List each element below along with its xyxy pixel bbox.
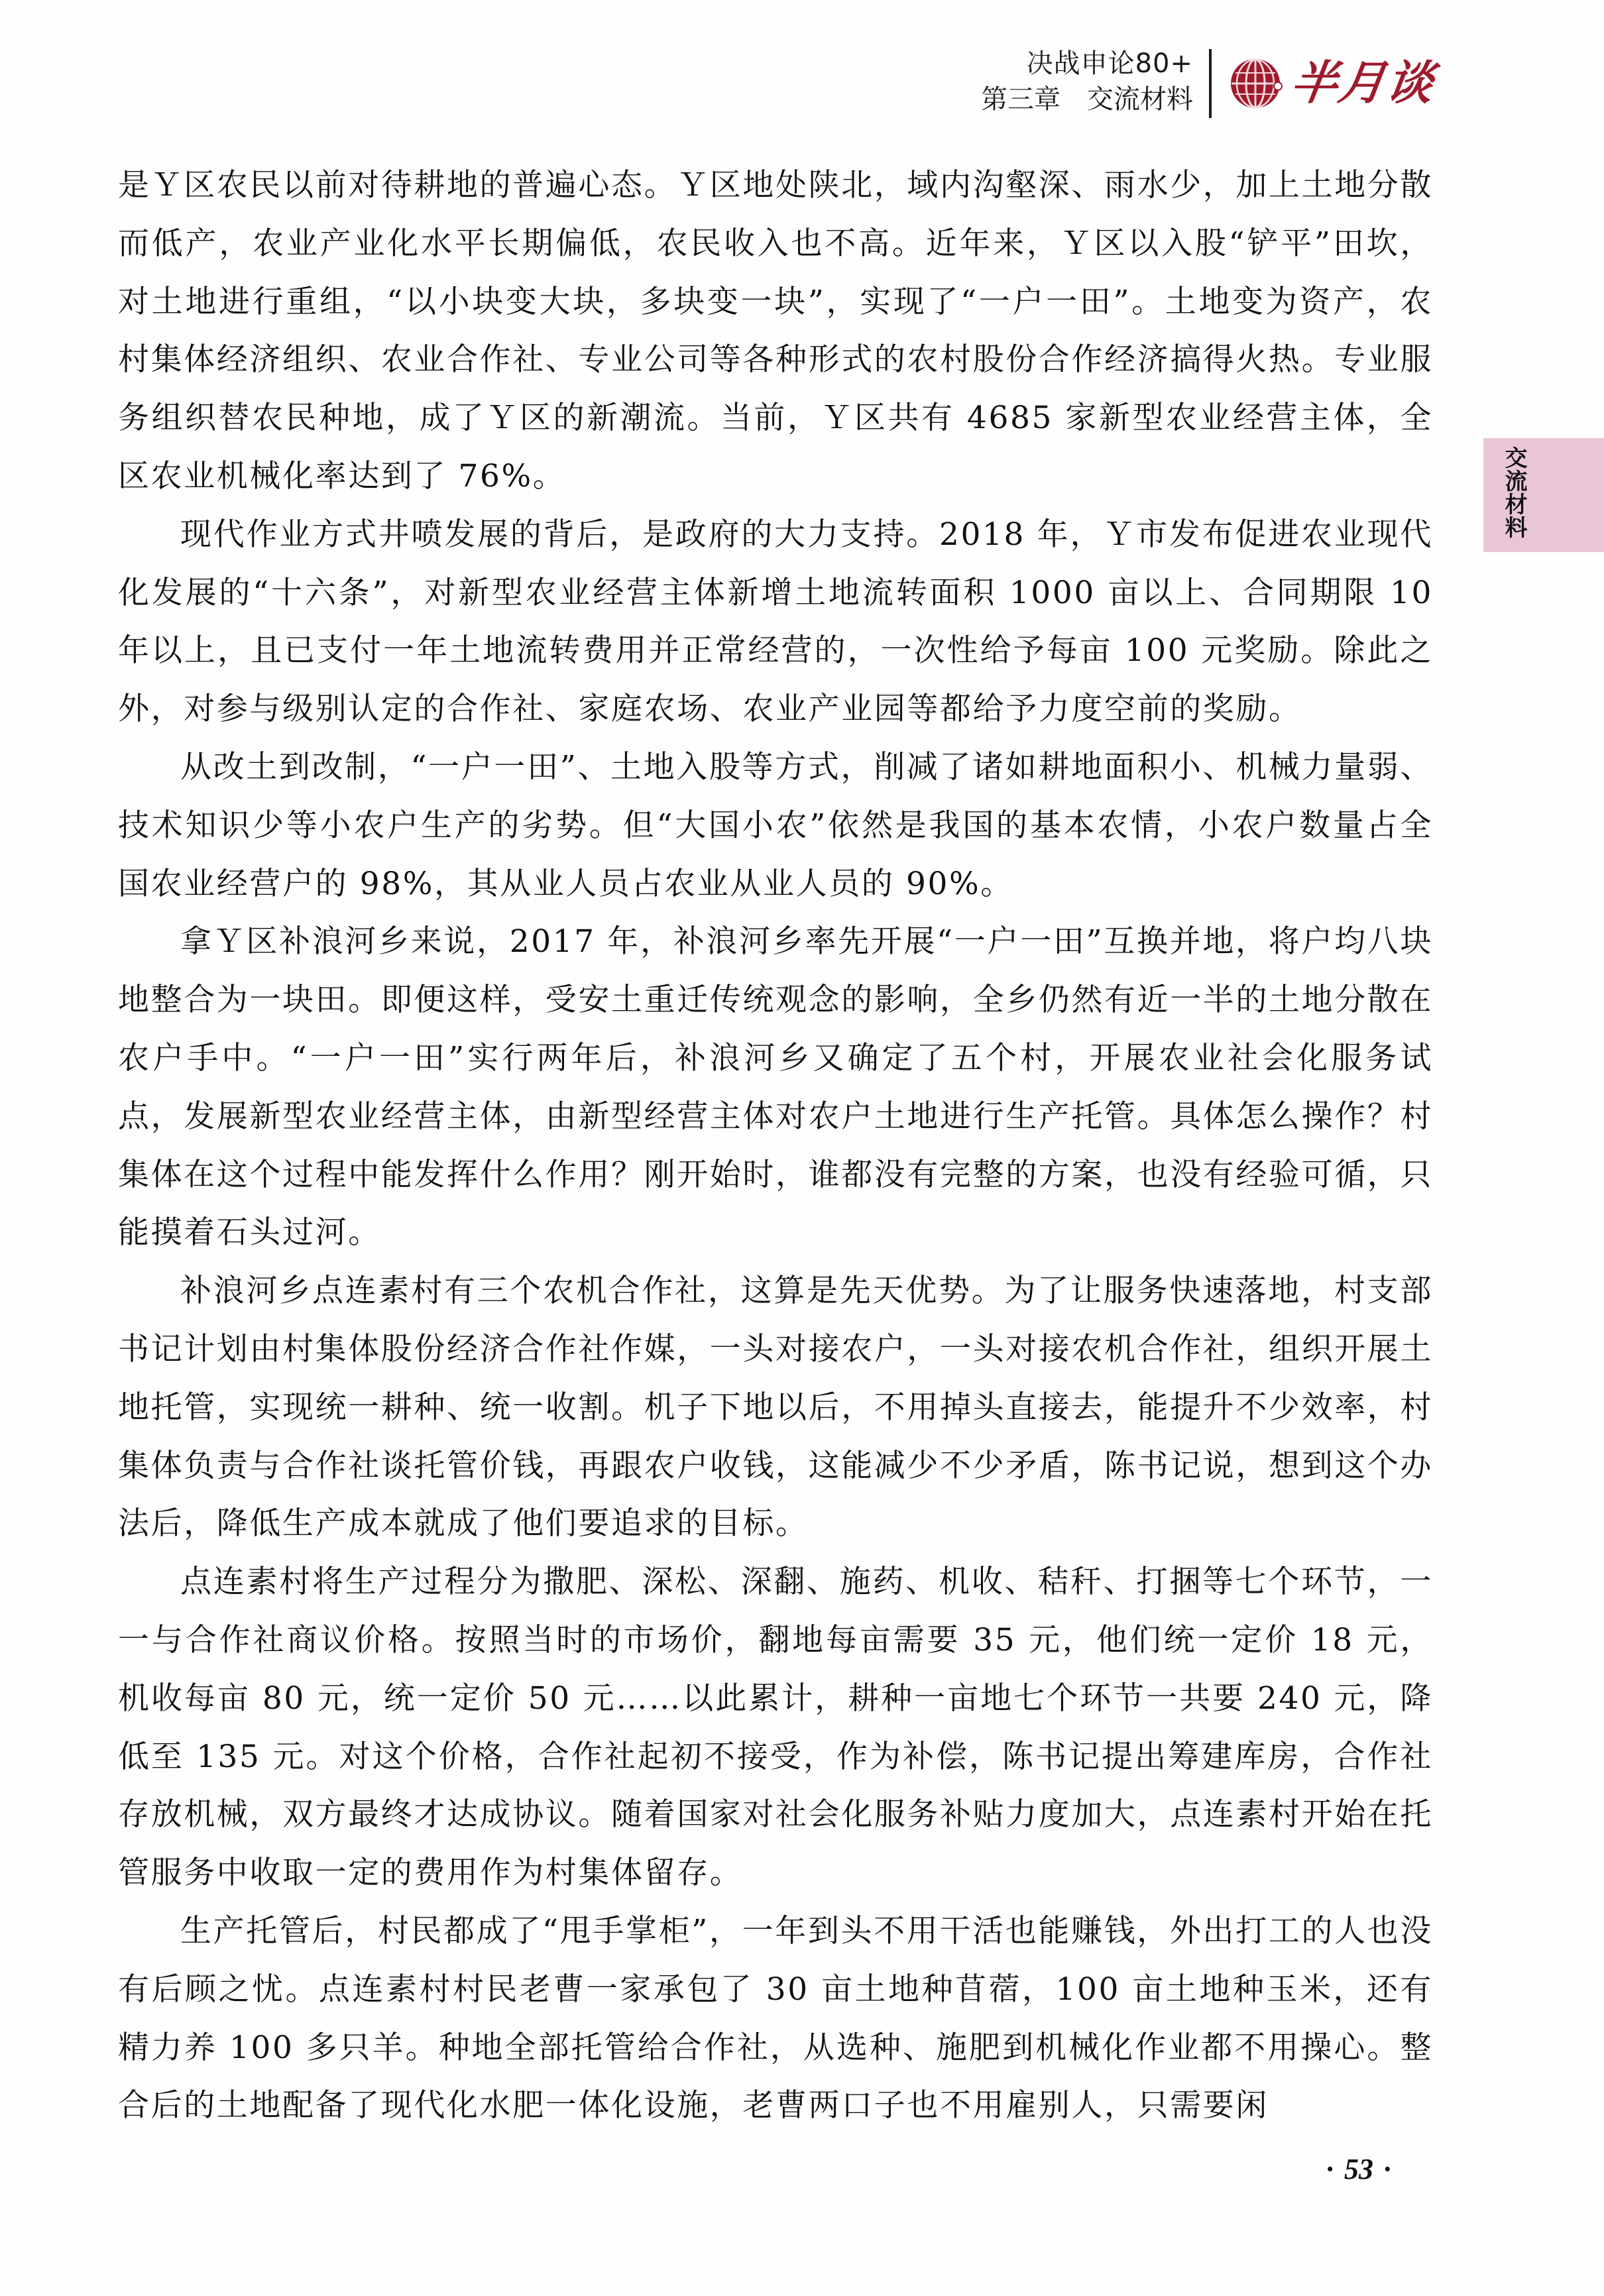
page-number: ·53·: [1299, 2151, 1418, 2188]
header-chapter-title: 第三章 交流材料: [981, 84, 1193, 115]
article-body: 是Ｙ区农民以前对待耕地的普遍心态。Ｙ区地处陕北，域内沟壑深、雨水少，加上土地分散…: [118, 156, 1433, 2135]
paragraph: 补浪河乡点连素村有三个农机合作社，这算是先天优势。为了让服务快速落地，村支部书记…: [118, 1262, 1433, 1553]
paragraph: 从改土到改制，“一户一田”、土地入股等方式，削减了诸如耕地面积小、机械力量弱、技…: [118, 738, 1433, 913]
header-divider: [1209, 49, 1212, 118]
paragraph: 拿Ｙ区补浪河乡来说，2017 年，补浪河乡率先开展“一户一田”互换并地，将户均八…: [118, 913, 1433, 1262]
page-number-dot-left: ·: [1325, 2153, 1335, 2185]
paragraph: 是Ｙ区农民以前对待耕地的普遍心态。Ｙ区地处陕北，域内沟壑深、雨水少，加上土地分散…: [118, 156, 1433, 506]
section-tab-label: 交流材料: [1499, 446, 1526, 539]
paragraph: 点连素村将生产过程分为撒肥、深松、深翻、施药、机收、秸秆、打捆等七个环节，一一与…: [118, 1553, 1433, 1902]
document-page: 决战申论80+ 第三章 交流材料 半月谈 交流材料 是Ｙ区农民以前对待耕地的普遍…: [0, 0, 1604, 2296]
page-number-value: 53: [1344, 2153, 1373, 2185]
paragraph: 现代作业方式井喷发展的背后，是政府的大力支持。2018 年，Ｙ市发布促进农业现代…: [118, 506, 1433, 738]
header-book-title: 决战申论80+: [1027, 48, 1193, 80]
page-number-dot-right: ·: [1383, 2153, 1393, 2185]
globe-icon: [1229, 56, 1285, 111]
paragraph: 生产托管后，村民都成了“甩手掌柜”，一年到头不用干活也能赚钱，外出打工的人也没有…: [118, 1902, 1433, 2135]
section-tab[interactable]: 交流材料: [1483, 438, 1604, 552]
publisher-logo: 半月谈: [1226, 53, 1452, 113]
logo-wordmark: 半月谈: [1287, 54, 1438, 111]
